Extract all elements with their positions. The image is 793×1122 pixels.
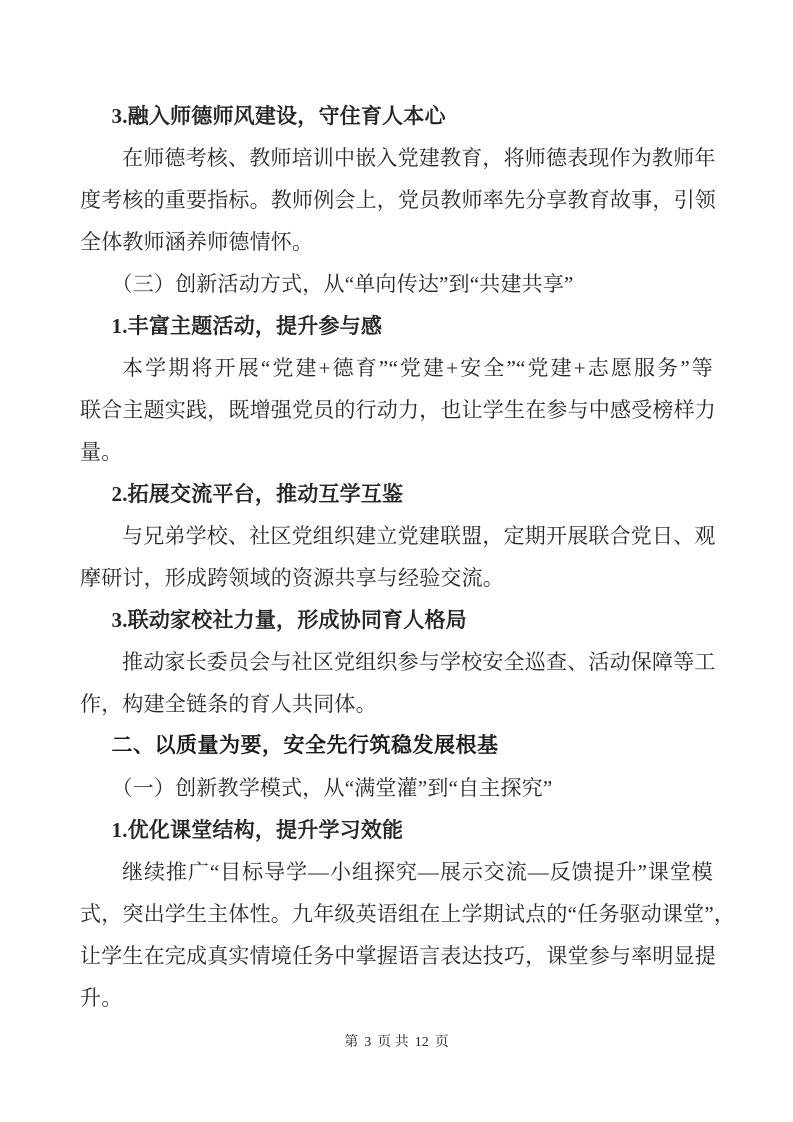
paragraph-line: 联合主题实践，既增强党员的行动力，也让学生在参与中感受榜样力	[80, 389, 713, 431]
paragraph-line: 继续推广“目标导学—小组探究—展示交流—反馈提升”课堂模	[80, 851, 713, 893]
paragraph-exchange-platform: 与兄弟学校、社区党组织建立党建联盟，定期开展联合党日、观 摩研讨，形成跨领域的资…	[80, 515, 713, 599]
footer-label-mid: 页 共	[377, 1035, 409, 1050]
page-footer: 第3页 共12页	[0, 1033, 793, 1053]
subheading-home-school-community: 3.联动家校社力量，形成协同育人格局	[80, 599, 713, 641]
subheading-theme-activities: 1.丰富主题活动，提升参与感	[80, 305, 713, 347]
heading-line: （一）创新教学模式，从“满堂灌”到“自主探究”	[80, 767, 713, 809]
paragraph-line: 作，构建全链条的育人共同体。	[80, 683, 713, 725]
heading-line: 1.优化课堂结构，提升学习效能	[80, 809, 713, 851]
subheading-teacher-ethics: 3.融入师德师风建设，守住育人本心	[80, 95, 713, 137]
heading-line: （三）创新活动方式，从“单向传达”到“共建共享”	[80, 263, 713, 305]
paragraph-line: 度考核的重要指标。教师例会上，党员教师率先分享教育故事，引领	[80, 179, 713, 221]
paragraph-line: 摩研讨，形成跨领域的资源共享与经验交流。	[80, 557, 713, 599]
paragraph-home-school-community: 推动家长委员会与社区党组织参与学校安全巡查、活动保障等工 作，构建全链条的育人共…	[80, 641, 713, 725]
paragraph-line: 升。	[80, 977, 713, 1019]
paragraph-line: 推动家长委员会与社区党组织参与学校安全巡查、活动保障等工	[80, 641, 713, 683]
heading-line: 1.丰富主题活动，提升参与感	[80, 305, 713, 347]
paragraph-line: 本学期将开展“党建+德育”“党建+安全”“党建+志愿服务”等	[80, 347, 713, 389]
document-body: 3.融入师德师风建设，守住育人本心 在师德考核、教师培训中嵌入党建教育，将师德表…	[80, 95, 713, 1019]
heading-line: 2.拓展交流平台，推动互学互鉴	[80, 473, 713, 515]
heading-line: 3.融入师德师风建设，守住育人本心	[80, 95, 713, 137]
footer-label-prefix: 第	[344, 1035, 358, 1050]
paragraph-line: 式，突出学生主体性。九年级英语组在上学期试点的“任务驱动课堂”，	[80, 893, 713, 935]
heading-line: 二、以质量为要，安全先行筑稳发展根基	[80, 725, 713, 767]
footer-label-suffix: 页	[435, 1035, 449, 1050]
document-page: 3.融入师德师风建设，守住育人本心 在师德考核、教师培训中嵌入党建教育，将师德表…	[0, 0, 793, 1122]
subheading-exchange-platform: 2.拓展交流平台，推动互学互鉴	[80, 473, 713, 515]
paragraph-teacher-ethics: 在师德考核、教师培训中嵌入党建教育，将师德表现作为教师年 度考核的重要指标。教师…	[80, 137, 713, 263]
subheading-classroom-structure: 1.优化课堂结构，提升学习效能	[80, 809, 713, 851]
page-number: 3	[364, 1035, 371, 1050]
total-pages: 12	[415, 1035, 429, 1050]
heading-line: 3.联动家校社力量，形成协同育人格局	[80, 599, 713, 641]
paragraph-line: 与兄弟学校、社区党组织建立党建联盟，定期开展联合党日、观	[80, 515, 713, 557]
paragraph-theme-activities: 本学期将开展“党建+德育”“党建+安全”“党建+志愿服务”等 联合主题实践，既增…	[80, 347, 713, 473]
section-heading-activity-innovation: （三）创新活动方式，从“单向传达”到“共建共享”	[80, 263, 713, 305]
paragraph-line: 在师德考核、教师培训中嵌入党建教育，将师德表现作为教师年	[80, 137, 713, 179]
paragraph-line: 量。	[80, 431, 713, 473]
paragraph-line: 全体教师涵养师德情怀。	[80, 221, 713, 263]
paragraph-line: 让学生在完成真实情境任务中掌握语言表达技巧，课堂参与率明显提	[80, 935, 713, 977]
chapter-heading-quality: 二、以质量为要，安全先行筑稳发展根基	[80, 725, 713, 767]
paragraph-classroom-structure: 继续推广“目标导学—小组探究—展示交流—反馈提升”课堂模 式，突出学生主体性。九…	[80, 851, 713, 1019]
section-heading-teaching-model: （一）创新教学模式，从“满堂灌”到“自主探究”	[80, 767, 713, 809]
